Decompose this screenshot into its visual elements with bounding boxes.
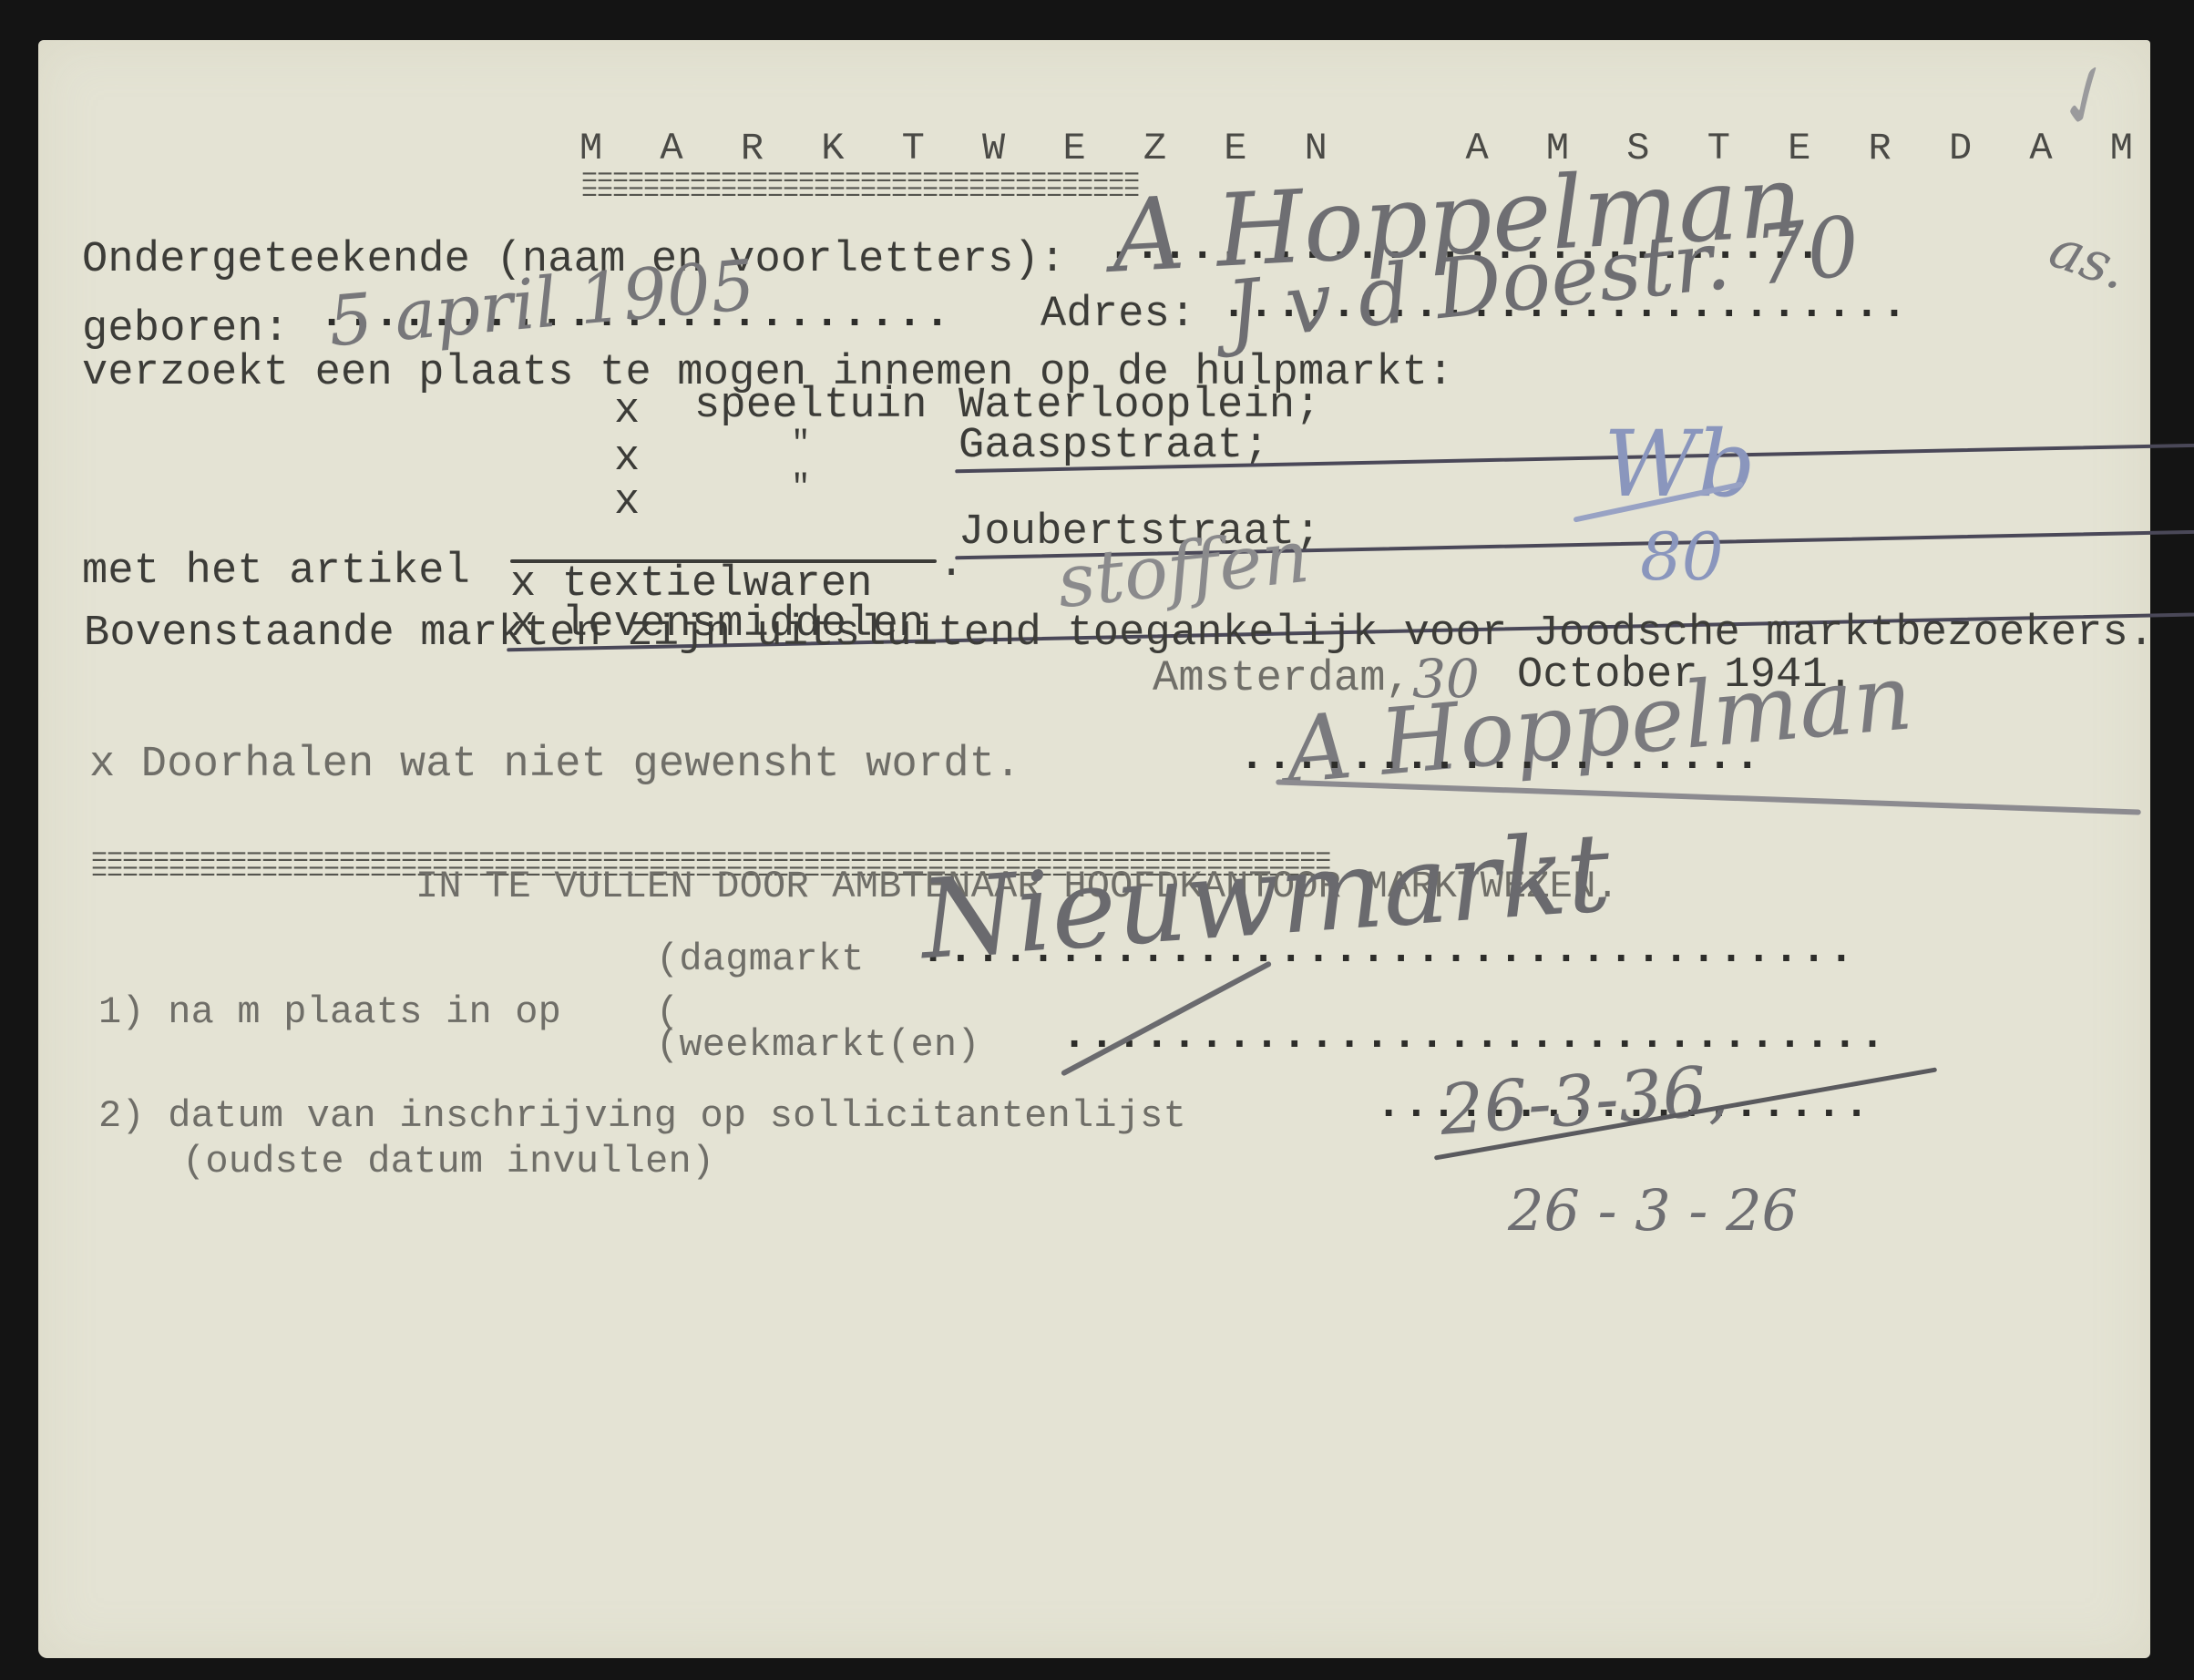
document-title: M A R K T W E Z E N A M S T E R D A M . [579, 129, 2194, 168]
market-0-prefix: speeltuin [694, 384, 928, 427]
office-note-bottom: 80 [1640, 524, 1724, 589]
item1-label: 1) na m plaats in op [98, 993, 561, 1031]
address-label: Adres: [1041, 293, 1195, 336]
article-label: met het artikel [82, 550, 470, 593]
market-0-marker: x [614, 390, 640, 433]
item1-day-label: (dagmarkt [656, 940, 865, 978]
item1-week-label: (weekmarkt(en) [656, 1026, 980, 1064]
market-1-name-struck: Gaaspstraat; [959, 425, 2194, 467]
market-1-marker: x [614, 437, 640, 480]
item2-label: 2) datum van inschrijving op sollicitant… [98, 1097, 1186, 1135]
article-period: . [938, 543, 964, 586]
article-1: x textielwaren [510, 563, 873, 606]
born-label: geboren: [82, 308, 289, 351]
footnote: x Doorhalen wat niet gewensht wordt. [89, 743, 1021, 786]
market-0-name: Waterlooplein; [959, 384, 1321, 427]
item2-handwritten-value: 26 - 3 - 26 [1508, 1183, 1798, 1239]
market-1-prefix: " [791, 428, 811, 461]
signature-dotted-field[interactable]: ................... [1239, 736, 1762, 779]
item1-week-dotted-field[interactable]: .............................. [1061, 1015, 1887, 1058]
item2-sub: (oudste datum invullen) [182, 1142, 714, 1181]
market-2-marker: x [614, 481, 640, 524]
market-2-prefix: " [791, 472, 811, 505]
title-underline-2: ==================================== [581, 180, 1139, 208]
